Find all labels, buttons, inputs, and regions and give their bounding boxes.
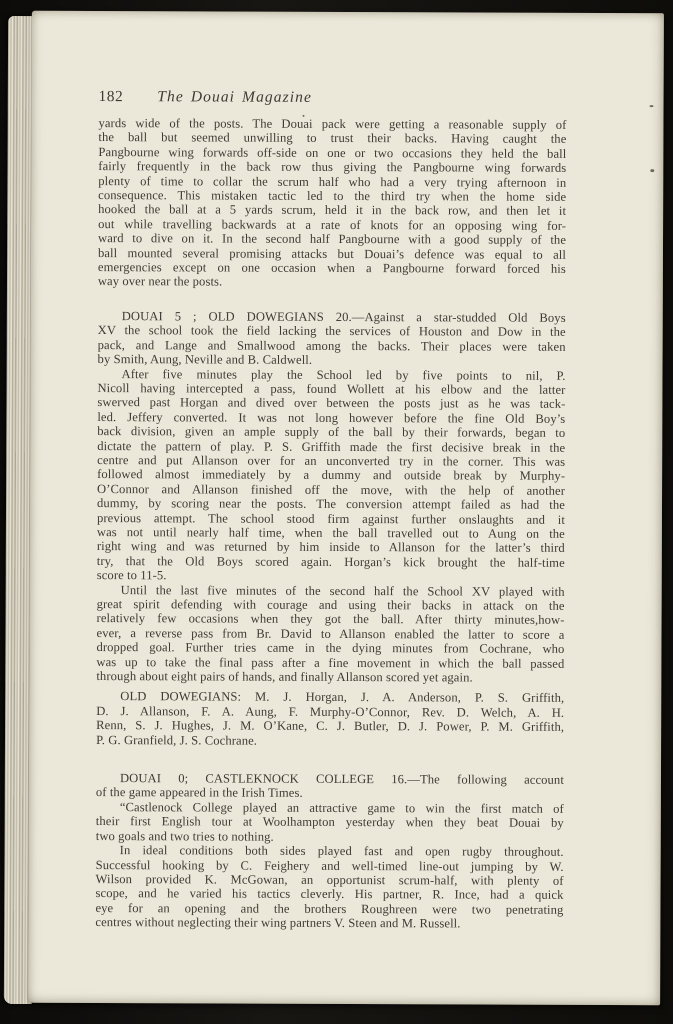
- text-line: followed almost immediately by a dummy a…: [97, 467, 565, 483]
- paragraph: yards wide of the posts. The Douai pack …: [98, 116, 567, 291]
- text-line: centres without neglecting their wing pa…: [95, 915, 563, 931]
- page-number: 182: [99, 88, 124, 106]
- paragraph: After five minutes play the School led b…: [97, 367, 566, 585]
- scan-speck: [650, 105, 654, 107]
- text-line: XV the school took the field lacking the…: [98, 323, 566, 339]
- paragraph: OLD DOWEGIANS: M. J. Horgan, J. A. Ander…: [96, 689, 564, 748]
- scan-speck: [303, 115, 305, 117]
- book-page: 182 The Douai Magazine yards wide of the…: [28, 11, 664, 1005]
- text-line: OLD DOWEGIANS: M. J. Horgan, J. A. Ander…: [96, 689, 564, 705]
- paragraph: Until the last five minutes of the secon…: [96, 583, 564, 686]
- text-line: swerved past Horgan and dived over betwe…: [97, 395, 565, 411]
- text-line: Renn, S. J. Hughes, J. M. O’Kane, C. J. …: [96, 718, 564, 734]
- page-text: yards wide of the posts. The Douai pack …: [95, 116, 566, 931]
- magazine-title: The Douai Magazine: [157, 88, 312, 107]
- text-line: dummy, by scoring near the posts. The co…: [97, 496, 565, 512]
- text-line: way over near the posts.: [98, 275, 566, 291]
- scan-background: 182 The Douai Magazine yards wide of the…: [0, 0, 673, 1024]
- text-line: try, that the Old Boys scored again. Hor…: [97, 554, 565, 570]
- scan-speck: [650, 169, 654, 172]
- text-line: back division, given an ample supply of …: [97, 424, 565, 440]
- text-line: relatively few occasions when they got t…: [97, 611, 565, 627]
- text-line: In ideal conditions both sides played fa…: [96, 843, 564, 859]
- text-line: their first English tour at Woolhampton …: [96, 814, 564, 830]
- text-line: ward to dive on it. In the second half P…: [98, 231, 566, 247]
- text-line: dropped goal. Further tries came in the …: [96, 640, 564, 656]
- text-line: P. G. Granfield, J. S. Cochrane.: [96, 733, 564, 749]
- text-line: of the game appeared in the Irish Times.: [96, 786, 564, 802]
- paragraph: In ideal conditions both sides played fa…: [95, 843, 563, 931]
- text-line: fairly frequently in the back row thus g…: [98, 159, 566, 175]
- paragraph: DOUAI 5 ; OLD DOWEGIANS 20.—Against a st…: [98, 309, 566, 368]
- paragraph: DOUAI 0; CASTLEKNOCK COLLEGE 16.—The fol…: [96, 771, 564, 802]
- paragraph: “Castlenock College played an attractive…: [96, 800, 564, 845]
- text-line: right wing and was returned by him insid…: [97, 539, 565, 555]
- text-line: by Smith, Aung, Neville and B. Caldwell.: [98, 352, 566, 368]
- text-line: the ball but seemed unwilling to trust t…: [98, 130, 566, 146]
- text-line: scope, and he varied his tactics cleverl…: [95, 886, 563, 902]
- page-header: 182 The Douai Magazine: [99, 88, 567, 109]
- text-line: hooked the ball at a 5 yards scrum, held…: [98, 202, 566, 218]
- text-line: through about eight pairs of hands, and …: [96, 669, 564, 685]
